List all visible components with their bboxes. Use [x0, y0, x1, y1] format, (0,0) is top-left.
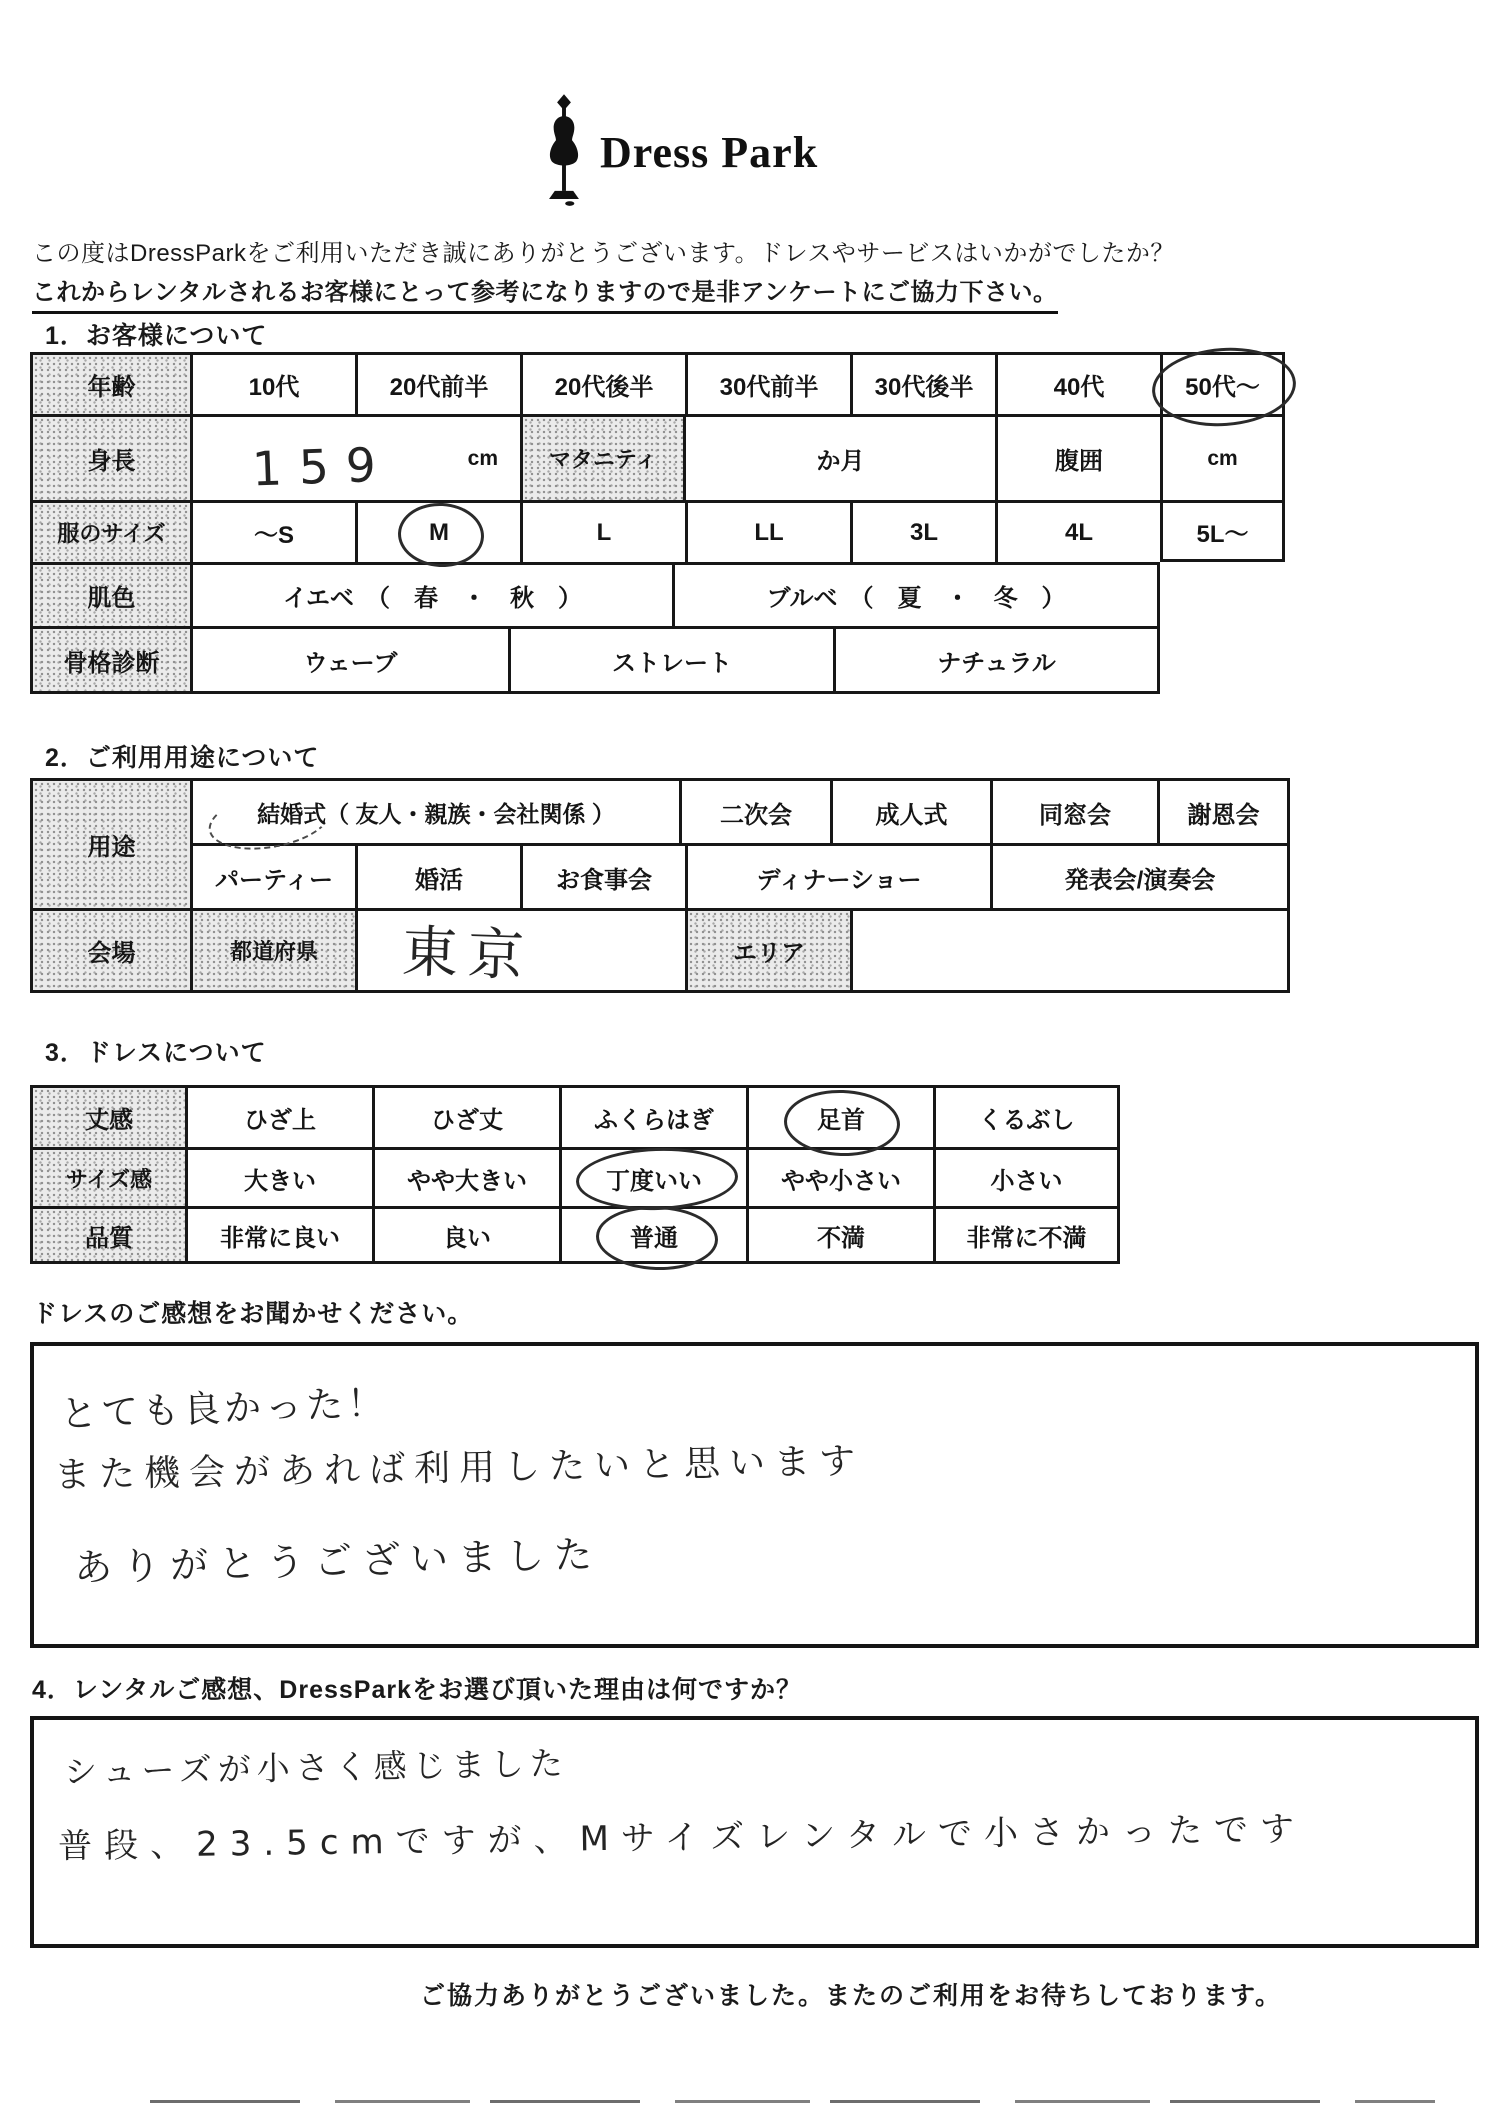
length-option-calf: ふくらはぎ [559, 1085, 746, 1147]
purpose-option-dinner: お食事会 [520, 843, 685, 908]
frame-option-straight: ストレート [508, 626, 833, 694]
size-option-4l: 4L [995, 500, 1160, 562]
age-option-early20s: 20代前半 [355, 352, 520, 414]
size-row: 服のサイズ ～S M L LL 3L 4L 5L～ [30, 500, 1285, 562]
length-row: 丈感 ひざ上 ひざ丈 ふくらはぎ 足首 くるぶし [30, 1085, 1120, 1147]
brand-logo: Dress Park [540, 92, 818, 212]
area-label: エリア [685, 908, 850, 993]
area-value-cell [850, 908, 1290, 993]
fit-option-small: 小さい [933, 1147, 1120, 1206]
dress-table: 丈感 ひざ上 ひざ丈 ふくらはぎ 足首 くるぶし サイズ感 大きい やや大きい … [30, 1085, 1120, 1264]
skin-option-blue-base: ブルベ （ 夏 ・ 冬 ） [672, 562, 1160, 626]
fit-option-slightly-large: やや大きい [372, 1147, 559, 1206]
section3-title: 3．ドレスについて [45, 1033, 267, 1069]
size-option-l: L [520, 500, 685, 562]
purpose-option-reunion: 同窓会 [990, 778, 1157, 843]
prefecture-label: 都道府県 [190, 908, 355, 993]
height-row-header: 身長 [30, 414, 190, 500]
months-label: か月 [683, 414, 995, 500]
purpose-option-thanks-party: 謝恩会 [1157, 778, 1290, 843]
waist-label: 腹囲 [995, 414, 1160, 500]
quality-row-header: 品質 [30, 1206, 185, 1264]
age-option-late30s: 30代後半 [850, 352, 995, 414]
handwritten-height: 159 [251, 438, 394, 498]
venue-header: 会場 [30, 908, 190, 993]
quality-option-good: 良い [372, 1206, 559, 1264]
purpose-header: 用途 [30, 778, 190, 908]
frame-row-header: 骨格診断 [30, 626, 190, 694]
age-option-10s: 10代 [190, 352, 355, 414]
fit-option-large: 大きい [185, 1147, 372, 1206]
scanned-survey-page: { "logo": { "icon": "dress-form-icon", "… [0, 0, 1500, 2127]
quality-option-unsatisfied: 不満 [746, 1206, 933, 1264]
length-row-header: 丈感 [30, 1085, 185, 1147]
purpose-row-2: パーティー 婚活 お食事会 ディナーショー 発表会/演奏会 [190, 843, 1290, 908]
age-option-early30s: 30代前半 [685, 352, 850, 414]
purpose-option-coming-of-age: 成人式 [830, 778, 990, 843]
size-option-s: ～S [190, 500, 355, 562]
length-option-above-knee: ひざ上 [185, 1085, 372, 1147]
feedback-line-1: とても良かった！ [59, 1372, 389, 1437]
intro-line-1: この度はDressParkをご利用いただき誠にありがとうございます。ドレスやサー… [32, 233, 1175, 268]
length-option-anklebone: くるぶし [933, 1085, 1120, 1147]
skin-row-header: 肌色 [30, 562, 190, 626]
handwritten-prefecture: 東京 [401, 908, 536, 993]
age-option-40s: 40代 [995, 352, 1160, 414]
customer-table: 年齢 10代 20代前半 20代後半 30代前半 30代後半 40代 50代～ … [30, 352, 1285, 694]
quality-row: 品質 非常に良い 良い 普通 不満 非常に不満 [30, 1206, 1120, 1264]
brand-name: Dress Park [600, 127, 818, 178]
age-option-late20s: 20代後半 [520, 352, 685, 414]
purpose-option-afterparty: 二次会 [679, 778, 830, 843]
purpose-option-konkatsu: 婚活 [355, 843, 520, 908]
fit-row: サイズ感 大きい やや大きい 丁度いい やや小さい 小さい [30, 1147, 1120, 1206]
length-option-knee: ひざ丈 [372, 1085, 559, 1147]
size-option-ll: LL [685, 500, 850, 562]
maternity-label: マタニティ [520, 414, 683, 500]
size-option-3l: 3L [850, 500, 995, 562]
frame-row: 骨格診断 ウェーブ ストレート ナチュラル [30, 626, 1285, 694]
scan-artifact-line [150, 2100, 1435, 2103]
feedback-label: ドレスのご感想をお聞かせください。 [32, 1294, 473, 1330]
age-row-header: 年齢 [30, 352, 190, 414]
purpose-option-recital: 発表会/演奏会 [990, 843, 1290, 908]
skin-option-yellow-base: イエベ （ 春 ・ 秋 ） [190, 562, 672, 626]
quality-option-very-unsatisfied: 非常に不満 [933, 1206, 1120, 1264]
frame-option-wave: ウェーブ [190, 626, 508, 694]
frame-option-natural: ナチュラル [833, 626, 1160, 694]
section1-title: 1．お客様について [45, 316, 267, 352]
purpose-row-1: 結婚式（ 友人・親族・会社関係 ） 二次会 成人式 同窓会 謝恩会 [190, 778, 1290, 843]
purpose-option-party: パーティー [190, 843, 355, 908]
dress-form-icon [540, 92, 588, 212]
quality-option-very-good: 非常に良い [185, 1206, 372, 1264]
fit-row-header: サイズ感 [30, 1147, 185, 1206]
intro-line-2: これからレンタルされるお客様にとって参考になりますので是非アンケートにご協力下さ… [32, 272, 1058, 314]
venue-row: 会場 都道府県 エリア [30, 908, 1290, 993]
skin-row: 肌色 イエベ （ 春 ・ 秋 ） ブルベ （ 夏 ・ 冬 ） [30, 562, 1285, 626]
height-row: 身長 cm マタニティ か月 腹囲 cm [30, 414, 1285, 500]
age-row: 年齢 10代 20代前半 20代後半 30代前半 30代後半 40代 50代～ [30, 352, 1285, 414]
footer-note: ご協力ありがとうございました。またのご利用をお待ちしております。 [420, 1976, 1282, 2012]
waist-unit: cm [1160, 414, 1285, 500]
height-unit: cm [468, 447, 498, 471]
section4-title: 4．レンタルご感想、DressParkをお選び頂いた理由は何ですか？ [32, 1670, 802, 1706]
size-row-header: 服のサイズ [30, 500, 190, 562]
reason-line-1: シューズが小さく感じました [64, 1738, 569, 1794]
size-option-5l: 5L～ [1160, 500, 1285, 562]
section2-title: 2．ご利用用途について [45, 738, 319, 774]
purpose-option-dinner-show: ディナーショー [685, 843, 990, 908]
